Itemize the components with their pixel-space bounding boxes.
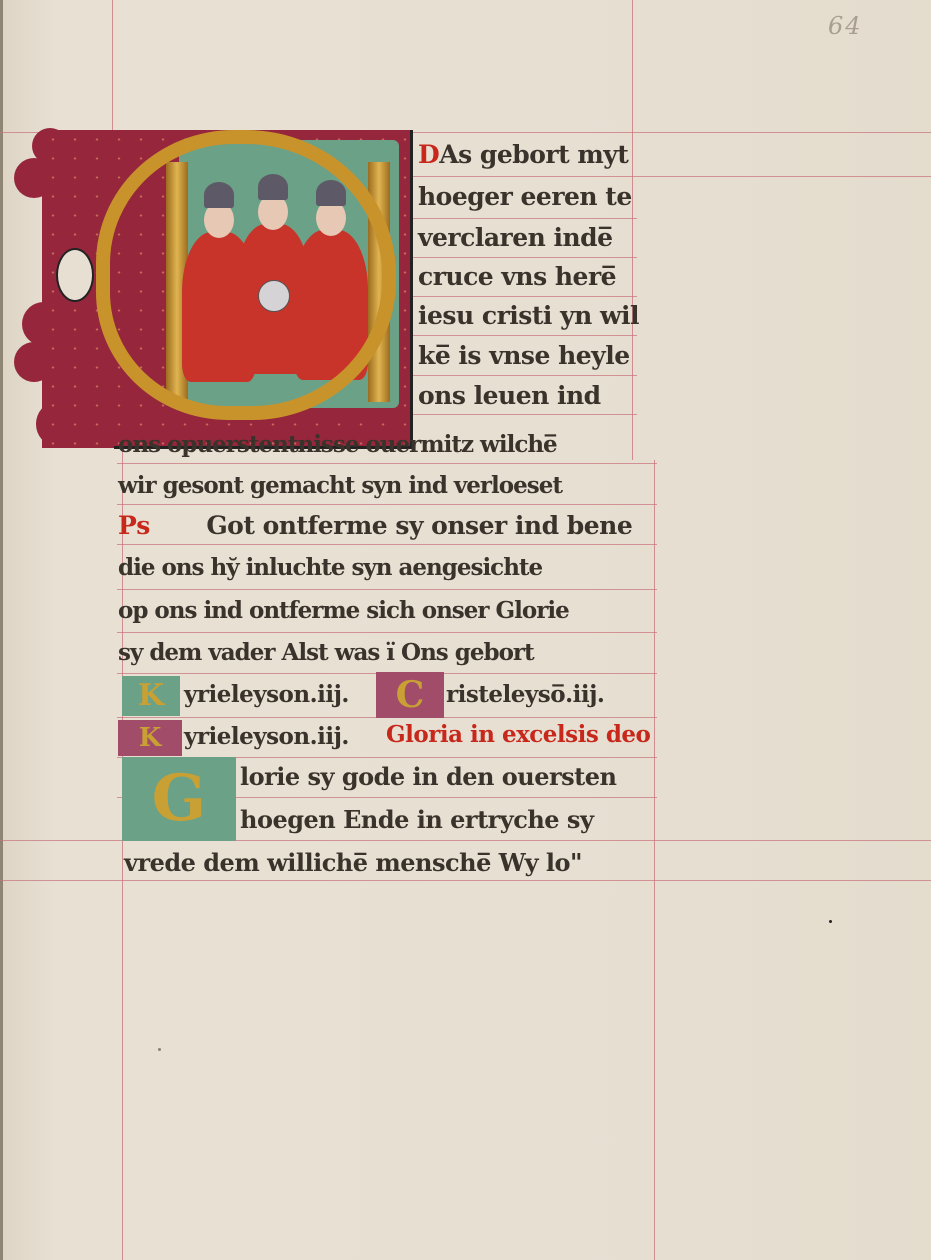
text-line-4: cruce vns here̅ <box>418 262 616 292</box>
small-initial-k-green: K <box>122 676 180 716</box>
small-initial-c-crimson: C <box>376 672 444 718</box>
ruling-line <box>412 375 637 376</box>
text-line-14b: risteleyso̅.iij. <box>446 680 604 710</box>
ruling-line <box>412 414 637 415</box>
ruling-line <box>412 218 637 219</box>
folio-number: 64 <box>828 12 863 40</box>
ruling-line <box>117 632 657 633</box>
text-line-1: DAs gebort myt <box>418 140 628 170</box>
text-line-9: wir gesont gemacht syn ind verloeset <box>118 471 562 501</box>
text-line-15: yrieleyson.iij. <box>184 722 349 752</box>
ink-speck <box>158 1048 161 1051</box>
text-line-5: iesu cristi yn wil <box>418 301 639 331</box>
text-line-14a: yrieleyson.iij. <box>184 680 349 710</box>
text-line-16: lorie sy gode in den ouersten <box>240 762 616 792</box>
text-line-18: vrede dem williche̅ mensche̅ Wy lo" <box>124 848 582 878</box>
small-initial-g-green: G <box>122 757 236 841</box>
small-initial-k-crimson: K <box>118 720 182 756</box>
illuminated-initial-trinity <box>14 102 412 452</box>
ruling-line <box>412 335 637 336</box>
ruling-line <box>117 544 657 545</box>
ruling-line <box>412 257 637 258</box>
text-line-6: ke̅ is vnse heyle <box>418 341 630 371</box>
text-line-10: Ps Got ontferme sy onser ind bene <box>118 511 632 541</box>
text-line-13: sy dem vader Alst was ı̈ Ons gebort <box>118 638 534 668</box>
text-line-17: hoegen Ende in ertryche sy <box>240 805 593 835</box>
ruling-bottom <box>0 880 931 881</box>
ruling-vertical-right-lower <box>654 460 655 1260</box>
text-line-3: verclaren inde̅ <box>418 223 613 253</box>
ink-speck <box>829 920 832 923</box>
ruling-line <box>412 176 931 177</box>
psalm-rubric: Ps <box>118 511 150 540</box>
ruling-line <box>117 504 657 505</box>
ruling-line <box>117 463 657 464</box>
gold-letter-d <box>96 130 396 420</box>
gloria-rubric: Gloria in excelsis deo <box>386 720 650 750</box>
text-line-8: ons opuerstentnisse ouermitz wilche̅ <box>118 430 557 460</box>
ruling-line <box>412 296 637 297</box>
text-line-7: ons leuen ind <box>418 381 601 411</box>
text-line-2: hoeger eeren te <box>418 182 632 212</box>
ruling-line <box>117 589 657 590</box>
text-line-12: op ons ind ontferme sich onser Glorie <box>118 596 569 626</box>
page-edge <box>0 0 3 1260</box>
ruling-vertical-right <box>632 0 633 460</box>
border-cutout <box>56 248 94 302</box>
text-line-11: die ons hy̆ inluchte syn aengesichte <box>118 553 542 583</box>
manuscript-page: 64 DAs gebort myt hoeger eeren te vercla… <box>0 0 931 1260</box>
